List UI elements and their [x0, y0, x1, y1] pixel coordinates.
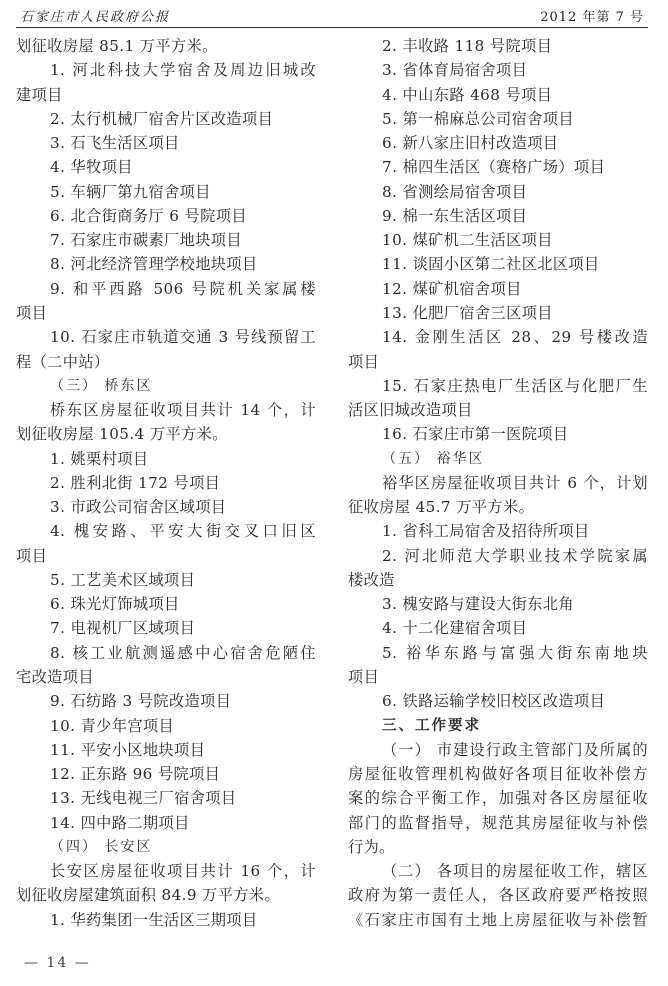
text-line: 2. 太行机械厂宿舍片区改造项目: [50, 107, 273, 131]
text-line: 1. 华药集团一生活区三期项目: [50, 908, 258, 932]
text-line: 8. 核工业航测遥感中心宿舍危陋住: [50, 641, 316, 665]
text-line: 2. 胜利北街 172 号项目: [50, 471, 220, 495]
text-line: 9. 石纺路 3 号院改造项目: [50, 689, 231, 713]
text-line: 3. 市政公司宿舍区域项目: [50, 495, 226, 519]
text-line: 6. 北合街商务厅 6 号院项目: [50, 204, 247, 228]
text-line: 7. 棉四生活区（赛格广场）项目: [382, 155, 605, 179]
text-line: 12. 正东路 96 号院项目: [50, 762, 220, 786]
section-heading: 三、工作要求: [382, 714, 481, 738]
text-line: 8. 省测绘局宿舍项目: [382, 180, 527, 204]
text-line: 行为。: [348, 835, 395, 859]
text-line: 划征收房屋建筑面积 84.9 万平方米。: [16, 883, 280, 907]
text-line: 1. 河北科技大学宿舍及周边旧城改: [50, 58, 316, 82]
text-line: 案的综合平衡工作，加强对各区房屋征收: [348, 786, 648, 810]
text-line: 7. 石家庄市碳素厂地块项目: [50, 228, 242, 252]
publication-title: 石家庄市人民政府公报: [20, 6, 170, 25]
text-line: 14. 四中路二期项目: [50, 811, 190, 835]
text-line: 13. 化肥厂宿舍三区项目: [382, 301, 553, 325]
text-line: 12. 煤矿机宿舍项目: [382, 277, 522, 301]
text-line: 4. 槐安路、平安大街交叉口旧区: [50, 519, 316, 543]
text-line: 征收房屋 45.7 万平方米。: [348, 495, 534, 519]
text-line: 11. 谈固小区第二社区北区项目: [382, 252, 600, 276]
text-line: 2. 丰收路 118 号院项目: [382, 34, 552, 58]
text-line: 项目: [348, 665, 379, 689]
text-line: 16. 石家庄市第一医院项目: [382, 422, 568, 446]
text-line: 1. 姚栗村项目: [50, 447, 148, 471]
text-line: 部门的监督指导，规范其房屋征收与补偿: [348, 811, 648, 835]
text-line: 4. 华牧项目: [50, 155, 133, 179]
text-line: 《石家庄市国有土地上房屋征收与补偿暂: [348, 908, 648, 932]
text-line: 3. 省体育局宿舍项目: [382, 58, 527, 82]
text-line: （一） 市建设行政主管部门及所属的: [382, 738, 648, 762]
text-line: 桥东区房屋征收项目共计 14 个，计: [50, 398, 316, 422]
text-line: 4. 十二化建宿舍项目: [382, 616, 527, 640]
page-number: — 14 —: [24, 955, 91, 971]
text-line: 项目: [348, 350, 379, 374]
text-line: 政府为第一责任人，各区政府要严格按照: [348, 883, 648, 907]
section-subheading: （五） 裕华区: [382, 447, 484, 471]
text-line: 活区旧城改造项目: [348, 398, 473, 422]
text-line: 3. 槐安路与建设大街东北角: [382, 592, 574, 616]
text-line: 10. 青少年宫项目: [50, 714, 174, 738]
text-line: （二） 各项目的房屋征收工作，辖区: [382, 859, 648, 883]
text-line: 4. 中山东路 468 号项目: [382, 83, 552, 107]
text-line: 建项目: [16, 83, 63, 107]
text-line: 10. 石家庄市轨道交通 3 号线预留工: [50, 325, 316, 349]
text-line: 6. 铁路运输学校旧校区改造项目: [382, 689, 605, 713]
text-line: 5. 车辆厂第九宿舍项目: [50, 180, 211, 204]
text-line: 8. 河北经济管理学校地块项目: [50, 252, 258, 276]
text-line: 7. 电视机厂区域项目: [50, 616, 195, 640]
text-line: 14. 金刚生活区 28、29 号楼改造: [382, 325, 648, 349]
text-line: 长安区房屋征收项目共计 16 个，计: [50, 859, 316, 883]
section-subheading: （三） 桥东区: [50, 374, 152, 398]
page-header: 石家庄市人民政府公报 2012 年第 7 号: [16, 0, 648, 28]
text-line: 裕华区房屋征收项目共计 6 个，计划: [382, 471, 648, 495]
text-line: 13. 无线电视三厂宿舍项目: [50, 786, 236, 810]
text-line: 5. 工艺美术区域项目: [50, 568, 195, 592]
text-line: 6. 新八家庄旧村改造项目: [382, 131, 558, 155]
text-line: 项目: [16, 544, 47, 568]
text-line: 10. 煤矿机二生活区项目: [382, 228, 553, 252]
issue-number: 2012 年第 7 号: [540, 6, 644, 25]
text-line: 2. 河北师范大学职业技术学院家属: [382, 544, 648, 568]
text-line: 划征收房屋 105.4 万平方米。: [16, 422, 228, 446]
text-line: 15. 石家庄热电厂生活区与化肥厂生: [382, 374, 648, 398]
text-line: 楼改造: [348, 568, 395, 592]
text-line: 11. 平安小区地块项目: [50, 738, 205, 762]
text-line: 5. 第一棉麻总公司宿舍项目: [382, 107, 574, 131]
text-line: 房屋征收管理机构做好各项目征收补偿方: [348, 762, 648, 786]
text-line: 程（二中站）: [16, 350, 110, 374]
text-line: 宅改造项目: [16, 665, 94, 689]
text-line: 项目: [16, 301, 47, 325]
text-line: 1. 省科工局宿舍及招待所项目: [382, 519, 590, 543]
text-line: 3. 石飞生活区项目: [50, 131, 180, 155]
section-subheading: （四） 长安区: [50, 835, 152, 859]
text-line: 5. 裕华东路与富强大街东南地块: [382, 641, 648, 665]
text-line: 划征收房屋 85.1 万平方米。: [16, 34, 218, 58]
text-line: 9. 和平西路 506 号院机关家属楼: [50, 277, 316, 301]
text-line: 6. 珠光灯饰城项目: [50, 592, 180, 616]
text-line: 9. 棉一东生活区项目: [382, 204, 527, 228]
